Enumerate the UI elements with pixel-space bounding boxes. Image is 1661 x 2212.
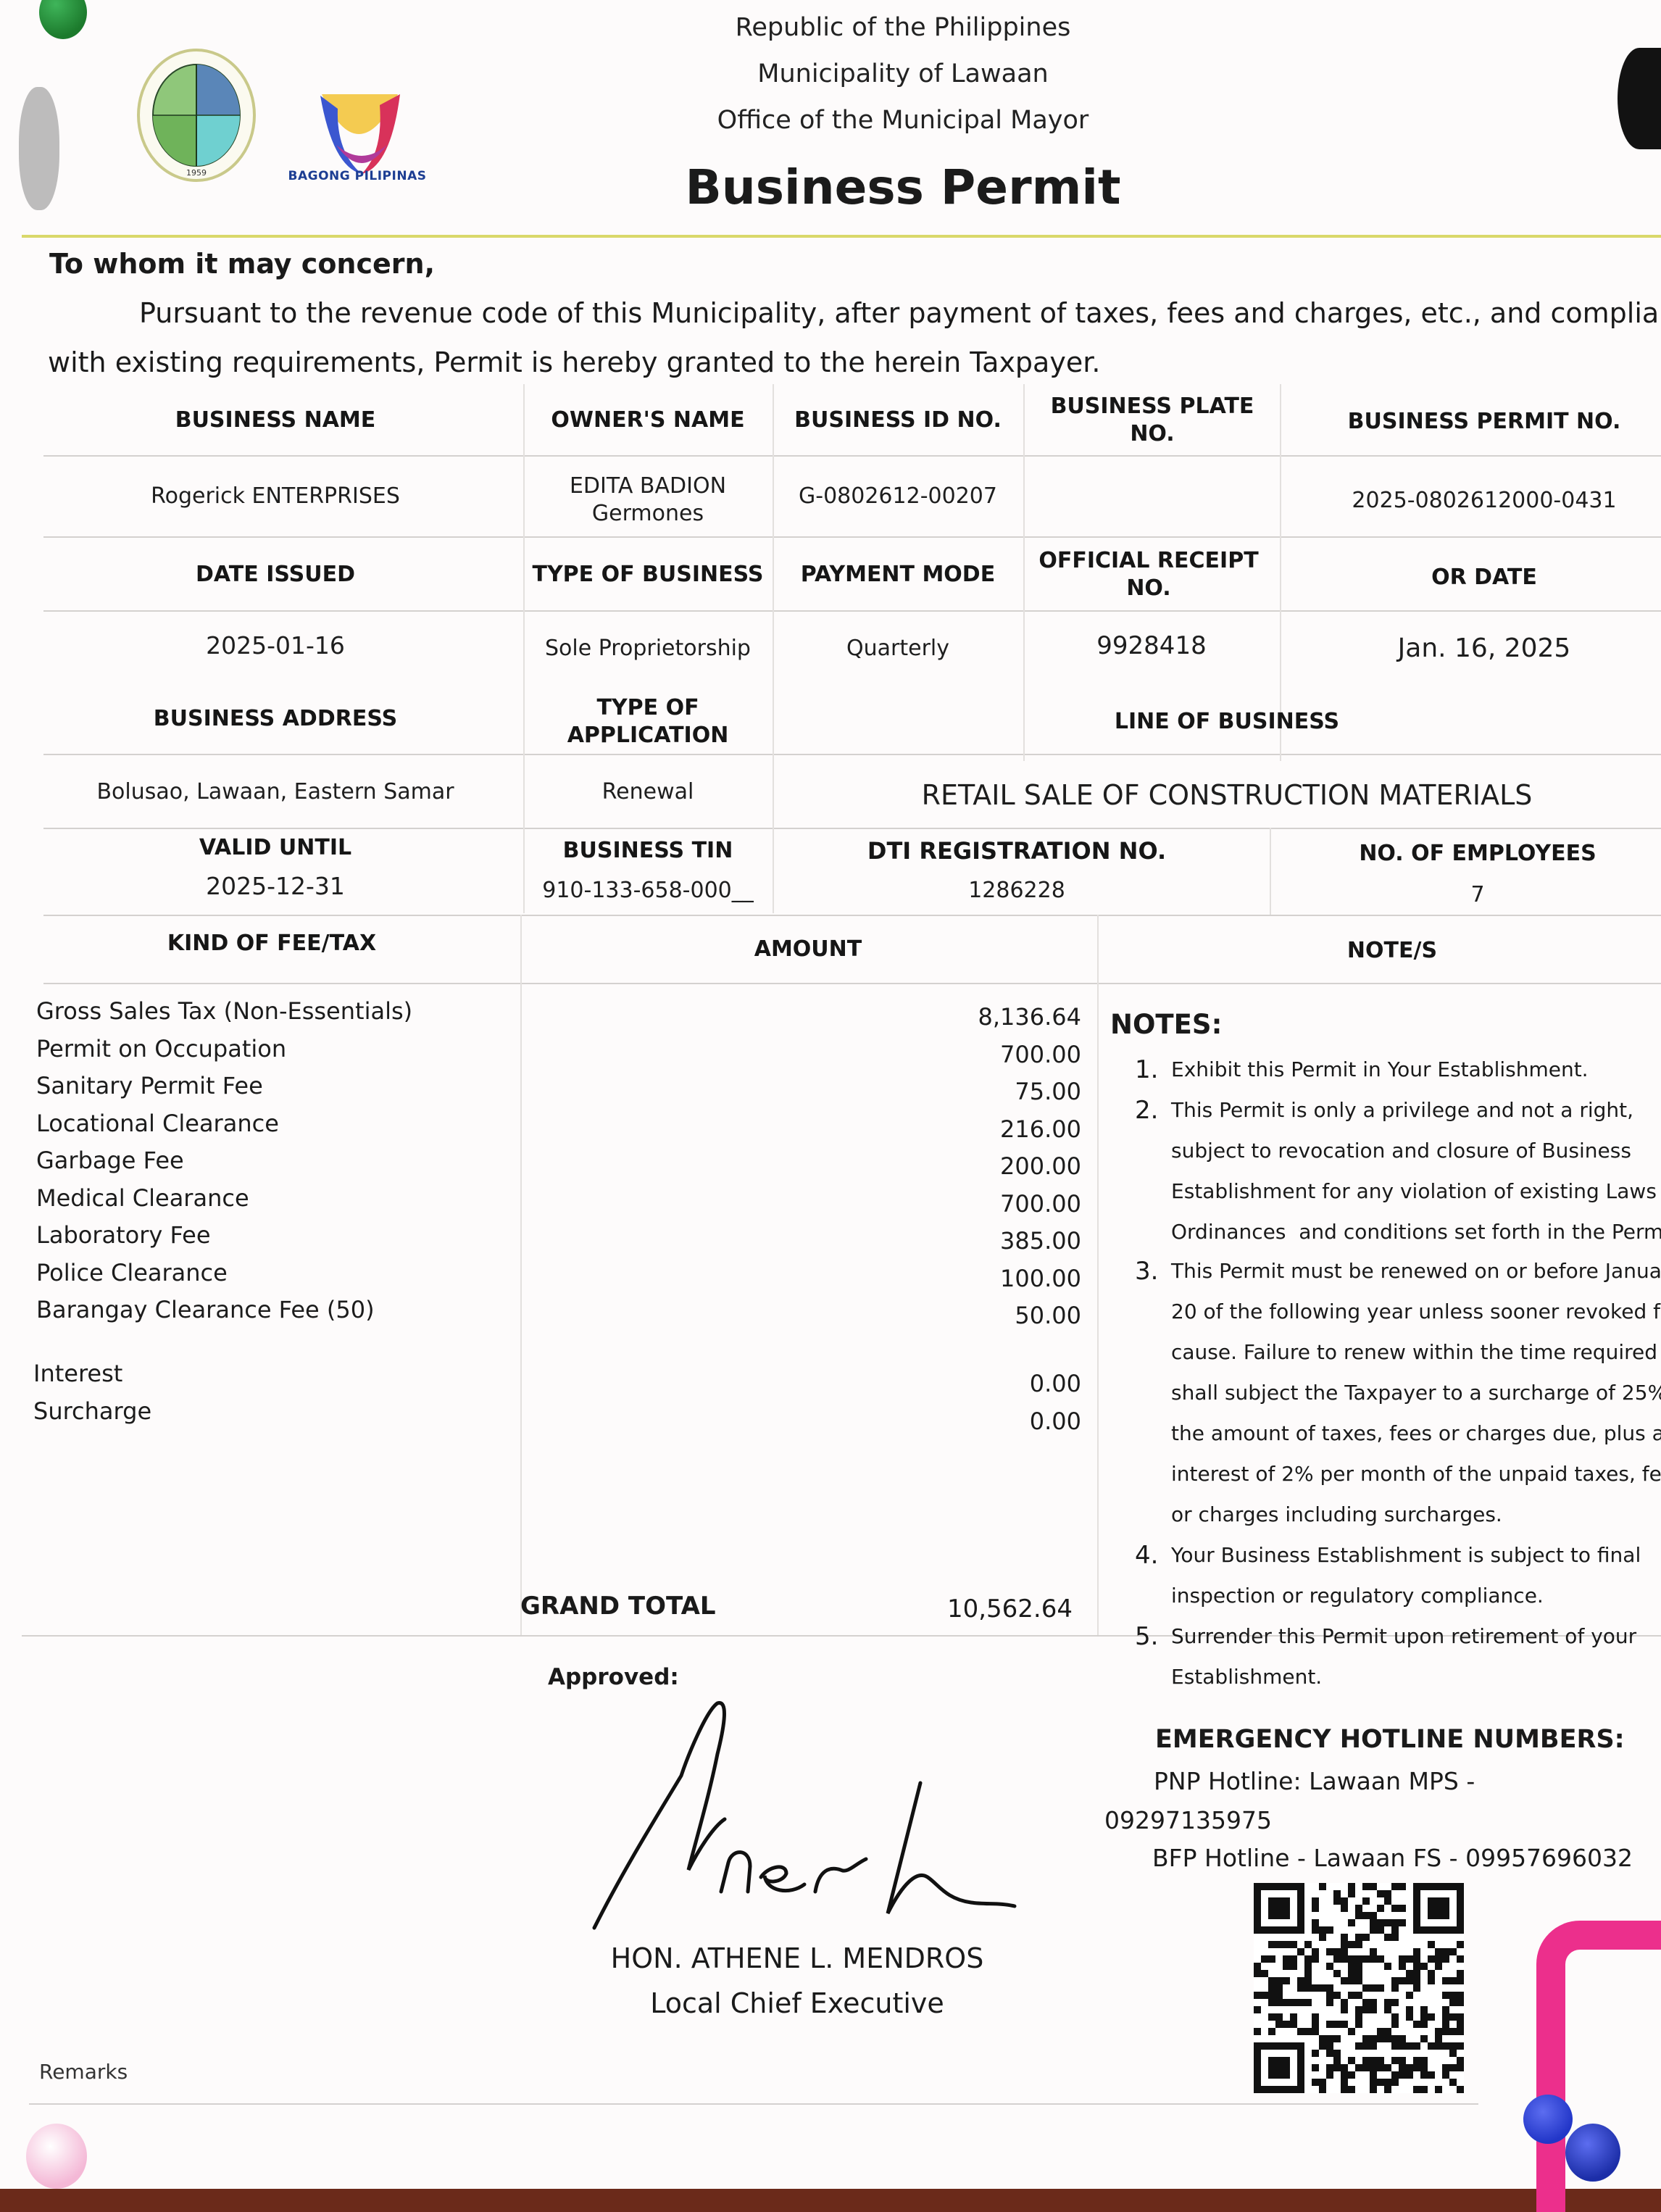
label-valid-until: VALID UNTIL — [43, 831, 507, 865]
header-divider — [22, 235, 1661, 238]
note-item: 4.Your Business Establishment is subject… — [1135, 1535, 1657, 1616]
fee-name: Interest — [33, 1360, 122, 1387]
value-plate-no — [1025, 457, 1278, 536]
fee-name: Garbage Fee — [36, 1147, 184, 1174]
fee-amount: 0.00 — [1030, 1370, 1081, 1397]
value-permit-no: 2025-0802612000-0431 — [1281, 461, 1661, 541]
note-line: Your Business Establishment is subject t… — [1171, 1535, 1657, 1576]
note-number: 5. — [1135, 1616, 1158, 1657]
note-number: 1. — [1135, 1049, 1158, 1090]
owner-last-name: Germones — [592, 500, 704, 528]
blue-pushpin-icon — [1523, 2095, 1573, 2144]
grand-total-value: 10,562.64 — [947, 1594, 1073, 1623]
fee-name: Locational Clearance — [36, 1110, 279, 1137]
fee-amount: 50.00 — [1015, 1302, 1081, 1329]
background-surface — [0, 2189, 1661, 2212]
note-line: Establishment. — [1171, 1657, 1657, 1697]
value-business-address: Bolusao, Lawaan, Eastern Samar — [43, 757, 507, 828]
label-line-of-business: LINE OF BUSINESS — [774, 687, 1661, 757]
note-line: shall subject the Taxpayer to a surcharg… — [1171, 1373, 1657, 1413]
pnp-hotline-label: PNP Hotline: Lawaan MPS - — [1154, 1767, 1475, 1795]
signature-icon — [580, 1696, 1029, 1942]
fee-amount: 0.00 — [1030, 1408, 1081, 1435]
note-line: 20 of the following year unless sooner r… — [1171, 1292, 1657, 1332]
note-number: 4. — [1135, 1535, 1158, 1576]
note-number: 3. — [1135, 1251, 1158, 1292]
approved-label: Approved: — [548, 1664, 679, 1690]
note-line: Establishment for any violation of exist… — [1171, 1171, 1657, 1212]
label-business-name: BUSINESS NAME — [43, 386, 507, 455]
grid-rule — [43, 915, 1661, 916]
note-item: 1.Exhibit this Permit in Your Establishm… — [1135, 1049, 1657, 1090]
note-number: 2. — [1135, 1090, 1158, 1131]
note-line: interest of 2% per month of the unpaid t… — [1171, 1454, 1657, 1494]
salutation: To whom it may concern, — [49, 248, 435, 280]
signer-title: Local Chief Executive — [507, 1987, 1087, 2019]
bfp-hotline: BFP Hotline - Lawaan FS - 09957696032 — [1152, 1844, 1633, 1872]
fee-amount: 385.00 — [1000, 1227, 1081, 1255]
note-line: or charges including surcharges. — [1171, 1494, 1657, 1535]
header-notes: NOTE/S — [1099, 928, 1661, 974]
note-item: 2.This Permit is only a privilege and no… — [1135, 1090, 1657, 1252]
label-or-date: OR DATE — [1281, 542, 1661, 613]
label-date-issued: DATE ISSUED — [43, 539, 507, 610]
blue-pushpin-head-icon — [1565, 2124, 1620, 2182]
label-owner-name: OWNER'S NAME — [525, 386, 771, 455]
fee-amount: 100.00 — [1000, 1265, 1081, 1292]
fee-amount: 8,136.64 — [978, 1003, 1082, 1031]
emergency-hotline-title: EMERGENCY HOTLINE NUMBERS: — [1155, 1725, 1625, 1754]
header-kind-of-fee: KIND OF FEE/TAX — [29, 920, 515, 967]
note-item: 5.Surrender this Permit upon retirement … — [1135, 1616, 1657, 1697]
fee-name: Police Clearance — [36, 1259, 228, 1286]
note-text: This Permit must be renewed on or before… — [1135, 1251, 1657, 1535]
value-dti-no: 1286228 — [774, 873, 1260, 909]
remarks-label: Remarks — [39, 2060, 128, 2084]
black-pushpin-icon — [1618, 48, 1661, 149]
fee-name: Gross Sales Tax (Non-Essentials) — [36, 997, 412, 1025]
label-payment-mode: PAYMENT MODE — [774, 539, 1022, 610]
value-business-tin: 910-133-658-000__ — [525, 873, 771, 909]
label-or-no: OFFICIAL RECEIPT NO. — [1029, 539, 1268, 610]
intro-paragraph: Pursuant to the revenue code of this Mun… — [48, 288, 1661, 387]
value-valid-until: 2025-12-31 — [43, 868, 507, 905]
fee-amount: 700.00 — [1000, 1041, 1081, 1068]
fee-amount: 216.00 — [1000, 1115, 1081, 1143]
label-business-tin: BUSINESS TIN — [525, 833, 771, 868]
qr-code-icon — [1254, 1883, 1464, 2093]
value-line-of-business: RETAIL SALE OF CONSTRUCTION MATERIALS — [774, 760, 1661, 831]
pnp-hotline-number: 09297135975 — [1104, 1806, 1272, 1834]
fee-name: Surcharge — [33, 1397, 151, 1425]
owner-first-name: EDITA BADION — [570, 473, 726, 500]
grid-col-rule — [1097, 915, 1099, 1635]
value-business-name: Rogerick ENTERPRISES — [43, 457, 507, 536]
fee-amount: 75.00 — [1015, 1078, 1081, 1105]
grid-rule — [43, 983, 1661, 984]
header-municipality: Municipality of Lawaan — [72, 59, 1661, 88]
note-text: Exhibit this Permit in Your Establishmen… — [1135, 1049, 1657, 1090]
fee-amount: 700.00 — [1000, 1190, 1081, 1218]
label-business-address: BUSINESS ADDRESS — [43, 684, 507, 754]
fee-amount: 200.00 — [1000, 1152, 1081, 1180]
value-business-id: G-0802612-00207 — [774, 457, 1022, 536]
note-line: This Permit is only a privilege and not … — [1171, 1090, 1657, 1131]
note-line: Surrender this Permit upon retirement of… — [1171, 1616, 1657, 1657]
grid-rule — [29, 2103, 1478, 2105]
value-employees: 7 — [1271, 877, 1661, 913]
note-text: This Permit is only a privilege and not … — [1135, 1090, 1657, 1252]
intro-line-1: Pursuant to the revenue code of this Mun… — [139, 297, 1661, 329]
note-line: Exhibit this Permit in Your Establishmen… — [1171, 1049, 1657, 1090]
note-line: This Permit must be renewed on or before… — [1171, 1251, 1657, 1292]
value-payment-mode: Quarterly — [774, 616, 1022, 681]
grand-total-label: GRAND TOTAL — [520, 1592, 716, 1621]
header-amount: AMOUNT — [522, 926, 1094, 973]
label-business-id: BUSINESS ID NO. — [774, 386, 1022, 455]
value-owner-name: EDITA BADION Germones — [525, 464, 771, 536]
fee-name: Barangay Clearance Fee (50) — [36, 1296, 375, 1323]
pink-pushpin-icon — [26, 2124, 87, 2189]
value-date-issued: 2025-01-16 — [43, 613, 507, 678]
note-item: 3.This Permit must be renewed on or befo… — [1135, 1251, 1657, 1535]
label-type-of-application: TYPE OF APPLICATION — [525, 687, 771, 757]
fee-name: Medical Clearance — [36, 1184, 249, 1212]
label-employees: NO. OF EMPLOYEES — [1271, 836, 1661, 871]
fee-name: Sanitary Permit Fee — [36, 1072, 263, 1099]
header-republic: Republic of the Philippines — [72, 13, 1661, 42]
note-line: subject to revocation and closure of Bus… — [1171, 1131, 1657, 1171]
label-dti-no: DTI REGISTRATION NO. — [774, 833, 1260, 868]
fee-name: Laboratory Fee — [36, 1221, 211, 1249]
value-type-of-application: Renewal — [525, 757, 771, 828]
note-text: Your Business Establishment is subject t… — [1135, 1535, 1657, 1616]
pushpin-shadow — [19, 87, 59, 210]
value-type-of-business: Sole Proprietorship — [525, 616, 771, 681]
label-type-of-business: TYPE OF BUSINESS — [525, 539, 771, 610]
notes-title: NOTES: — [1110, 1009, 1222, 1040]
header-office: Office of the Municipal Mayor — [72, 106, 1661, 135]
note-line: the amount of taxes, fees or charges due… — [1171, 1413, 1657, 1454]
note-line: cause. Failure to renew within the time … — [1171, 1332, 1657, 1373]
note-text: Surrender this Permit upon retirement of… — [1135, 1616, 1657, 1697]
note-line: Ordinances and conditions set forth in t… — [1171, 1212, 1657, 1252]
intro-line-2: with existing requirements, Permit is he… — [48, 346, 1100, 378]
value-or-no: 9928418 — [1025, 613, 1278, 678]
grid-col-rule — [520, 915, 522, 1635]
label-plate-no: BUSINESS PLATE NO. — [1036, 386, 1268, 455]
note-line: inspection or regulatory compliance. — [1171, 1576, 1657, 1616]
label-permit-no: BUSINESS PERMIT NO. — [1281, 386, 1661, 458]
value-or-date: Jan. 16, 2025 — [1281, 616, 1661, 681]
page-title: Business Permit — [72, 159, 1661, 215]
signer-name: HON. ATHENE L. MENDROS — [507, 1942, 1087, 1974]
fee-name: Permit on Occupation — [36, 1035, 286, 1063]
